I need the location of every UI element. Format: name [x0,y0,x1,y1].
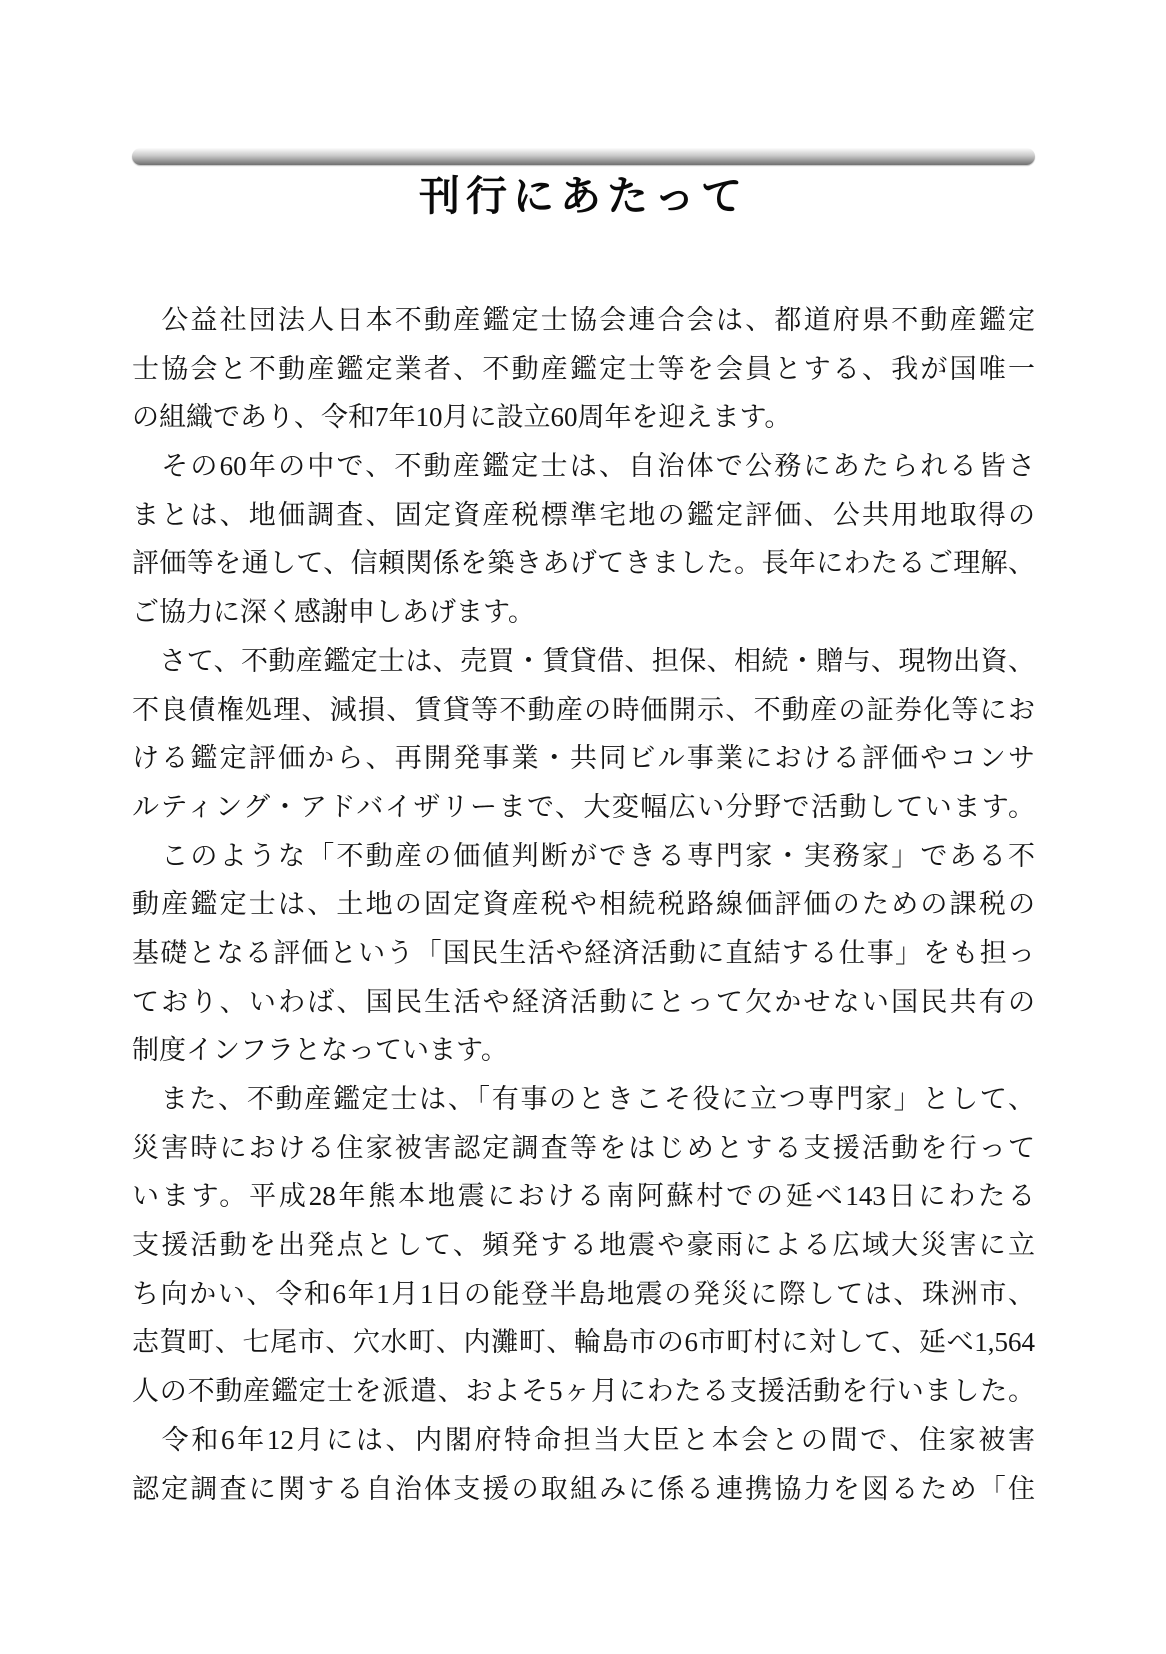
text-line: 公益社団法人日本不動産鑑定士協会連合会は、都道府県不動産鑑定 [132,296,1035,345]
text-line: います。平成28年熊本地震における南阿蘇村での延べ143日にわたる [132,1172,1035,1221]
text-line: 志賀町、七尾市、穴水町、内灘町、輪島市の6市町村に対して、延べ1,564 [132,1318,1035,1367]
text-line: 評価等を通して、信頼関係を築きあげてきました。長年にわたるご理解、 [132,539,1035,588]
top-rule-divider [132,148,1035,165]
text-line: ける鑑定評価から、再開発事業・共同ビル事業における評価やコンサ [132,734,1035,783]
text-line: 支援活動を出発点として、頻発する地震や豪雨による広域大災害に立 [132,1221,1035,1270]
text-line: 動産鑑定士は、土地の固定資産税や相続税路線価評価のための課税の [132,880,1035,929]
text-line: 認定調査に関する自治体支援の取組みに係る連携協力を図るため「住 [132,1465,1035,1514]
text-line: ご協力に深く感謝申しあげます。 [132,588,1035,637]
text-line: 不良債権処理、減損、賃貸等不動産の時価開示、不動産の証券化等にお [132,686,1035,735]
text-line: このような「不動産の価値判断ができる専門家・実務家」である不 [132,832,1035,881]
text-line: さて、不動産鑑定士は、売買・賃貸借、担保、相続・贈与、現物出資、 [132,637,1035,686]
text-line: ルティング・アドバイザリーまで、大変幅広い分野で活動しています。 [132,783,1035,832]
body-text: 公益社団法人日本不動産鑑定士協会連合会は、都道府県不動産鑑定士協会と不動産鑑定業… [132,296,1035,1513]
text-line: 士協会と不動産鑑定業者、不動産鑑定士等を会員とする、我が国唯一 [132,345,1035,394]
text-line: ており、いわば、国民生活や経済活動にとって欠かせない国民共有の [132,978,1035,1027]
text-line: 災害時における住家被害認定調査等をはじめとする支援活動を行って [132,1124,1035,1173]
text-line: の組織であり、令和7年10月に設立60周年を迎えます。 [132,393,1035,442]
page-title: 刊行にあたって [132,171,1035,221]
text-line: まとは、地価調査、固定資産税標準宅地の鑑定評価、公共用地取得の [132,491,1035,540]
text-line: その60年の中で、不動産鑑定士は、自治体で公務にあたられる皆さ [132,442,1035,491]
text-line: 人の不動産鑑定士を派遣、およそ5ヶ月にわたる支援活動を行いました。 [132,1367,1035,1416]
text-line: また、不動産鑑定士は、「有事のときこそ役に立つ専門家」として、 [132,1075,1035,1124]
text-line: ち向かい、令和6年1月1日の能登半島地震の発災に際しては、珠洲市、 [132,1270,1035,1319]
text-line: 基礎となる評価という「国民生活や経済活動に直結する仕事」をも担っ [132,929,1035,978]
text-line: 制度インフラとなっています。 [132,1026,1035,1075]
page-container: 刊行にあたって 公益社団法人日本不動産鑑定士協会連合会は、都道府県不動産鑑定士協… [132,0,1035,1513]
text-line: 令和6年12月には、内閣府特命担当大臣と本会との間で、住家被害 [132,1416,1035,1465]
